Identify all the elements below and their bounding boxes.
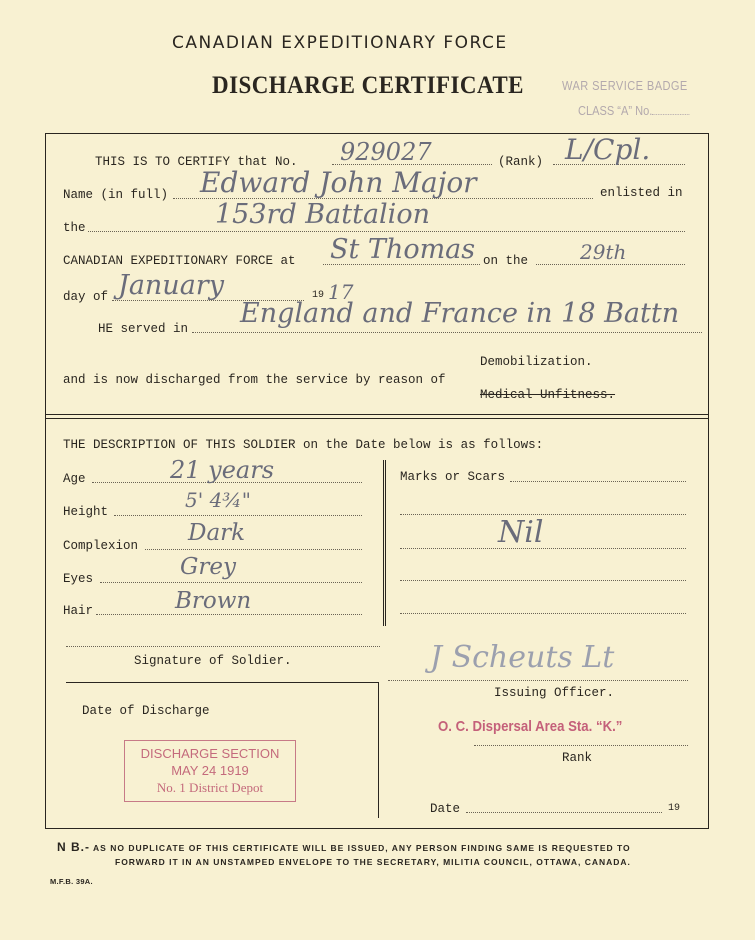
discharge-stamp: DISCHARGE SECTION MAY 24 1919 No. 1 Dist… — [124, 740, 296, 802]
hair-label: Hair — [63, 604, 93, 618]
soldier-signature-line — [66, 646, 380, 647]
date-of-discharge-label: Date of Discharge — [82, 704, 210, 718]
complexion-label: Complexion — [63, 539, 138, 553]
officer-date-label: Date — [430, 802, 460, 816]
war-service-badge-label: WAR SERVICE BADGE — [562, 78, 688, 93]
issuing-officer-label: Issuing Officer. — [494, 686, 614, 700]
marks-label: Marks or Scars — [400, 470, 505, 484]
organization-heading: CANADIAN EXPEDITIONARY FORCE — [172, 33, 508, 53]
cef-label: CANADIAN EXPEDITIONARY FORCE at — [63, 254, 296, 268]
unit-value: 153rd Battalion — [215, 199, 430, 230]
officer-rank-stamp: O. C. Dispersal Area Sta. “K.” — [438, 718, 622, 735]
struck-reason: Medical Unfitness. — [480, 388, 615, 402]
badge-class-text: CLASS “A” No. — [578, 103, 652, 118]
age-value: 21 years — [170, 456, 274, 484]
column-divider — [383, 460, 386, 626]
rank-caption: Rank — [562, 751, 592, 765]
hair-line — [96, 614, 362, 615]
officer-date-line — [466, 812, 662, 813]
marks-line-1 — [510, 481, 686, 482]
certificate-title: DISCHARGE CERTIFICATE — [212, 72, 524, 100]
section-divider — [46, 414, 708, 419]
discharge-box-top — [66, 682, 379, 683]
day-of-label: day of — [63, 290, 108, 304]
regimental-number: 929027 — [340, 138, 432, 166]
discharge-box-divider — [378, 682, 379, 818]
officer-signature-line — [388, 680, 688, 681]
eyes-value: Grey — [180, 554, 236, 580]
service-location: England and France in 18 Battn — [240, 298, 679, 329]
discharge-reason: Demobilization. — [480, 355, 593, 369]
enlistment-month: January — [118, 270, 224, 301]
stamp-line-2: MAY 24 1919 — [125, 762, 295, 779]
age-label: Age — [63, 472, 86, 486]
hair-value: Brown — [175, 588, 251, 614]
rank-value: L/Cpl. — [565, 133, 650, 166]
officer-date-year: 19 — [668, 803, 680, 814]
enlistment-place: St Thomas — [330, 234, 475, 265]
complexion-value: Dark — [188, 520, 245, 546]
eyes-line — [100, 582, 362, 583]
served-line — [192, 332, 702, 333]
height-line — [114, 515, 362, 516]
height-label: Height — [63, 505, 108, 519]
served-label: HE served in — [98, 322, 188, 336]
marks-value: Nil — [498, 515, 543, 550]
rank-line — [474, 745, 688, 746]
on-the-label: on the — [483, 254, 528, 268]
enlisted-label: enlisted in — [600, 186, 683, 200]
eyes-label: Eyes — [63, 572, 93, 586]
rank-label: (Rank) — [498, 155, 543, 169]
nb-line-1: N B.- AS NO DUPLICATE OF THIS CERTIFICAT… — [57, 840, 631, 854]
full-name: Edward John Major — [200, 166, 477, 199]
stamp-line-3: No. 1 District Depot — [125, 779, 295, 796]
form-code: M.F.B. 39A. — [50, 877, 93, 886]
stamp-line-1: DISCHARGE SECTION — [125, 745, 295, 762]
complexion-line — [145, 549, 362, 550]
day-line — [536, 264, 685, 265]
name-label: Name (in full) — [63, 188, 168, 202]
discharge-label: and is now discharged from the service b… — [63, 373, 446, 387]
badge-class-label: CLASS “A” No. — [578, 103, 690, 118]
enlistment-day: 29th — [580, 240, 626, 264]
nb-text-1: AS NO DUPLICATE OF THIS CERTIFICATE WILL… — [93, 843, 631, 853]
marks-line-4 — [400, 580, 686, 581]
nb-label: N B.- — [57, 840, 90, 854]
officer-signature: J Scheuts Lt — [430, 640, 614, 675]
description-heading: THE DESCRIPTION OF THIS SOLDIER on the D… — [63, 438, 543, 452]
soldier-signature-label: Signature of Soldier. — [134, 654, 292, 668]
nb-line-2: FORWARD IT IN AN UNSTAMPED ENVELOPE TO T… — [115, 857, 631, 867]
the-label: the — [63, 221, 86, 235]
unit-line — [88, 231, 685, 232]
height-value: 5' 4¾" — [185, 488, 251, 512]
marks-line-5 — [400, 613, 686, 614]
